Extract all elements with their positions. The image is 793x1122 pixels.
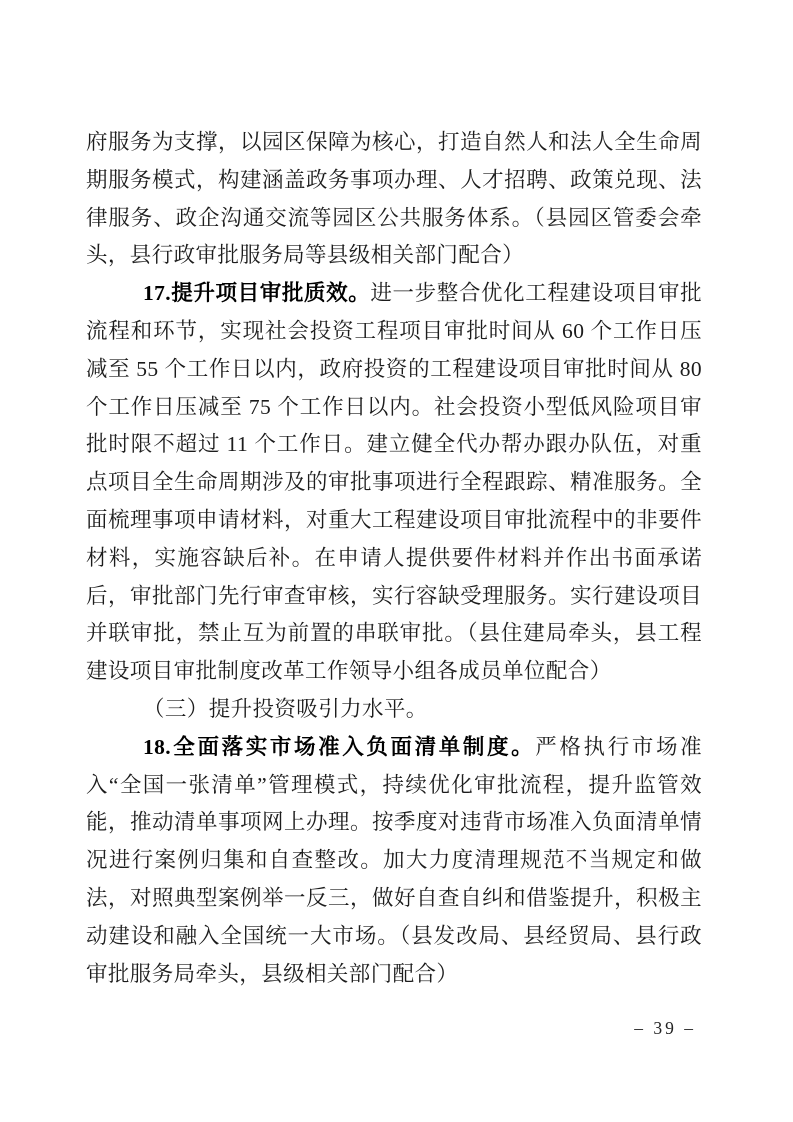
paragraph-text: 严格执行市场准入“全国一张清单”管理模式，持续优化审批流程，提升监管效能，推动清…	[86, 735, 702, 986]
paragraph-text: 进一步整合优化工程建设项目审批流程和环节，实现社会投资工程项目审批时间从 60 …	[86, 281, 702, 683]
paragraph-item-18: 18.全面落实市场准入负面清单制度。严格执行市场准入“全国一张清单”管理模式，持…	[86, 729, 702, 994]
item-18-heading: 18.全面落实市场准入负面清单制度。	[143, 735, 535, 759]
paragraph-text: 府服务为支撑，以园区保障为核心，打造自然人和法人全生命周期服务模式，构建涵盖政务…	[86, 130, 702, 267]
subsection-heading-3: （三）提升投资吸引力水平。	[86, 691, 702, 729]
item-17-heading: 17.提升项目审批质效。	[143, 281, 370, 305]
page-number: – 39 –	[634, 1018, 696, 1039]
paragraph-item-17: 17.提升项目审批质效。进一步整合优化工程建设项目审批流程和环节，实现社会投资工…	[86, 275, 702, 691]
document-body: 府服务为支撑，以园区保障为核心，打造自然人和法人全生命周期服务模式，构建涵盖政务…	[86, 124, 702, 993]
paragraph-continuation: 府服务为支撑，以园区保障为核心，打造自然人和法人全生命周期服务模式，构建涵盖政务…	[86, 124, 702, 275]
subsection-heading-text: （三）提升投资吸引力水平。	[143, 697, 428, 721]
document-page: 府服务为支撑，以园区保障为核心，打造自然人和法人全生命周期服务模式，构建涵盖政务…	[0, 0, 793, 1122]
